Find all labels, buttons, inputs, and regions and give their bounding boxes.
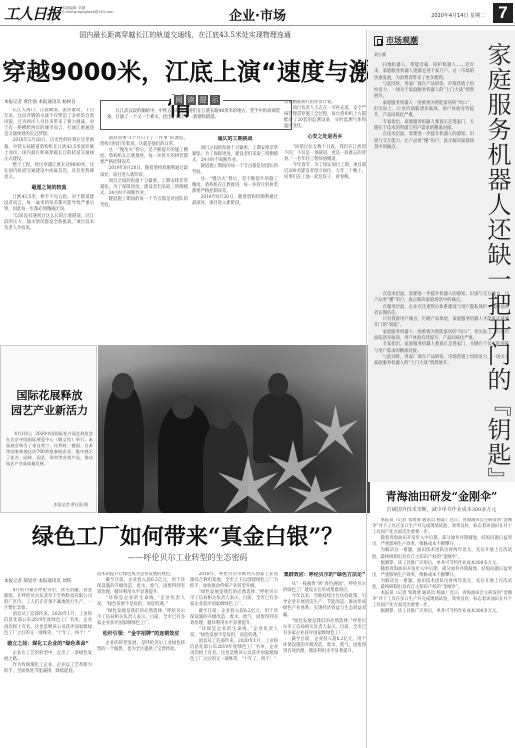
paragraph: 据测算，该工具推广应用后，单井可节约作业成本300多万元。 xyxy=(372,561,512,567)
plant-shape xyxy=(313,405,358,455)
paragraph: 项目之间的衔接十分紧密，工期安排非常紧张。为了保障进度，建设者们采取三班倒模式，… xyxy=(192,146,278,164)
commentary-body-wide: 在技术层面，需要进一步提升机器人的感知、识别与交互能力，让产品更“懂”用户，真正… xyxy=(374,292,509,368)
person-shape xyxy=(104,385,144,513)
market-commentary-sidebar: 市场观潮 刘小燕 扫地机器人、智能音箱、陪护机器人……近年来，家庭服务机器人逐渐… xyxy=(368,30,515,482)
paragraph: 在技术层面，需要进一步提升机器人的感知、识别与交互能力，让产品更“懂”用户，真正… xyxy=(374,132,474,151)
green-byline: 本报记者 郝思亭 本报通讯员 刘铁 xyxy=(4,578,71,584)
green-column-2: 技术的提升让绿色成为企业发展的底色。 截至目前，企业投入超6.2亿元，用于环保设… xyxy=(97,572,185,748)
paragraph: 项目负责人王志在一旁补充道，安全严格管理贯穿施工全过程，每台盾构机上方都配备了2… xyxy=(284,106,366,130)
tip-char: 示 xyxy=(210,95,220,105)
lead-column-4: 以便精准执行的作业计划。 项目负责人王志在一旁补充道，安全严格管理贯穿施工全过程… xyxy=(284,100,366,342)
paragraph: 只有找准用户痛点，打磨产品体验，家庭服务机器人才能真正拿到开门的“钥匙”。 xyxy=(374,317,509,330)
green-column-1: 4月的内蒙古呼伦贝尔，冰雪消融，春意渐浓。在呼伦贝尔东北阜丰生物科技有限公司的厂… xyxy=(4,588,92,748)
lead-subheadline: 国内最长距离穿越长江的轨道交通线，在江底43.5米处实现物理连通 xyxy=(0,30,370,40)
subsection-heading: 破立之间：煤化工企业的“绿色革命” xyxy=(4,641,92,647)
lead-column-2: 面对同事“3个月只干了一件事”的调侃，盾构司机们笑着说，这就是他们的日常。 这一… xyxy=(100,136,188,342)
reading-tip-box: 阅 读 提 示 长江武汉段的幽暗中，中铁五局的建设者们在江底长眠40余米的地方，… xyxy=(100,100,292,130)
paragraph: 今年春节，为了保证项目工期，项目部近200名建设者留守岗位，大年三十晚上，同事们… xyxy=(284,163,366,181)
paragraph: 江底43.5米，伸手不见五指。对于隧道建设者而言，每一毫米的误差都可能导致严重后… xyxy=(4,195,94,213)
green-factory-headline[interactable]: 绿色工厂如何带来“真金白银”？ xyxy=(0,520,375,551)
paragraph: 消息从工信部传来。2020年1月，工业和信息化部公布2019年度绿色工厂名单，企… xyxy=(4,612,92,636)
paragraph: 家庭服务机器人一度被视为智能家居的“风口”，但实际上，行业仍面临诸多瓶颈，用户体… xyxy=(374,330,509,343)
green-column-3: 2018年，呼伦贝尔市被列入国家工业资源综合利用基地，全市上下以创建绿色工厂为抓… xyxy=(190,572,278,748)
green-column-4: 集群效应：呼伦贝尔的“绿色方法论” 从“一枝独秀”到“春色满园”，呼伦贝尔的绿色… xyxy=(283,572,366,748)
paragraph: 随着青海油田开发步入中后期，部分油井井筒腐蚀、结垢问题日益突出，严重影响生产效率… xyxy=(372,536,512,548)
paragraph: 为解决这一难题，油田技术团队历时两年攻关，先后开展上百次试验，最终研制出具有自主… xyxy=(372,579,512,591)
person-head xyxy=(212,407,232,429)
paragraph: 截至目前，企业投入超6.2亿元，用于环保设施的升级改造，废水、废气、固废得到有效… xyxy=(97,578,185,596)
paragraph: 截至目前，企业投入超6.2亿元，用于环保设施的升级改造，废水、废气、固废得到有效… xyxy=(283,637,366,655)
paragraph: 2018年，呼伦贝尔市被列入国家工业资源综合利用基地，全市上下以创建绿色工厂为抓… xyxy=(190,572,278,590)
flower-expo-text: 4月10日，2020中国国际花卉园艺展览会在北京中国国际展览中心（顺义馆）举行。… xyxy=(6,431,93,467)
subsection-heading: 松杆引领：“金字招牌”的连锁效应 xyxy=(97,631,185,637)
commentary-title[interactable]: 家庭服务机器人还缺一把开门的『钥匙』 xyxy=(478,42,510,482)
paragraph: “以前没有遇到过这么长的江底隧道，过江段的压力、涌水情况都是全新挑战。”项目技术… xyxy=(4,214,94,232)
paragraph: 专家指出，家庭服务机器人要真正走进家门，关键在于技术的突破与用户需求的精准对接。 xyxy=(374,120,474,133)
column-name[interactable]: 市场观潮 xyxy=(386,35,418,46)
paragraph: 这一“慢功夫”背后，是不断提升的施工精度。盾构机在江底推进，每一环管片的拼装都要… xyxy=(192,177,278,195)
paragraph: “环保是企业的生命线，”企业负责人说，“绿色发展不是负担，而是机遇。” xyxy=(190,627,278,639)
oilfield-subheadline: 打破国外技术垄断，减少单井作业成本300多万元 xyxy=(368,506,515,513)
subsection-heading: 毫厘之间的较真 xyxy=(4,185,94,191)
paragraph: 隧道施工期间的每一个节点都是对团队的考验。 xyxy=(100,197,188,209)
paragraph: 项目之间的衔接十分紧密，工期安排非常紧张。为了保障进度，建设者们采取三班倒模式，… xyxy=(100,179,188,197)
paragraph: 2018年2月28日，历史性的时刻在这里揭幕。中铁五局隧道盾构机在江底43.5米… xyxy=(4,138,94,162)
lead-byline: 本报记者 黄仕强 本报通讯员 杨树良 xyxy=(4,99,76,105)
paragraph: 本报讯（记者 邹倩倩 通讯员 杨波）近日，青海油田自主研发的“金刚伞”井下工具在… xyxy=(372,591,512,609)
paragraph: 消息从工信部传来。2020年1月，工业和信息化部公布2019年度绿色工厂名单，企… xyxy=(190,639,278,663)
paragraph: 企业的转型发展，是呼伦贝尔工业绿色转型的一个缩影，也为全区提供了宝贵经验。 xyxy=(97,641,185,653)
paragraph: 在服务层面，企业应注重售后体系建设与用户隐私保护，赢得消费者长期信任。 xyxy=(374,305,509,318)
paragraph: 据测算，该工具推广应用后，单井可节约作业成本300多万元。 xyxy=(372,609,512,615)
title-line: 国际花展释放 xyxy=(1,388,98,403)
commentary-author: 刘小燕 xyxy=(374,52,386,58)
paragraph: 为解决这一难题，油田技术团队历时两年攻关，先后开展上百次试验，最终研制出具有自主… xyxy=(372,548,512,560)
paragraph: 与此同时，各家厂商在产品研发、市场营销上纷纷发力，一场关于家庭服务机器人的“上门… xyxy=(374,82,474,101)
paragraph: 企业在工艺的转型中，走出了一条绿色发展之路。 xyxy=(4,651,92,663)
paragraph: 隧道施工期间的每一个节点都是对团队的考验。 xyxy=(192,164,278,176)
column-divider xyxy=(366,30,367,748)
flower-expo-title: 国际花展释放 园艺产业新活力 xyxy=(1,388,98,418)
paragraph: 截至目前，企业投入超6.2亿元，用于环保设施的升级改造，废水、废气、固废得到有效… xyxy=(190,609,278,627)
oilfield-body: 本报讯（记者 邹倩倩 通讯员 杨波）近日，青海油田自主研发的“金刚伞”井下工具在… xyxy=(372,518,512,748)
paragraph: 从“一枝独秀”到“春色满园”，呼伦贝尔的绿色工厂建设正在形成集群效应。 xyxy=(283,582,366,594)
tip-char: 阅 xyxy=(174,95,184,105)
person-head xyxy=(268,373,288,397)
paragraph: “绿色发展是我们的必然选择，”呼伦贝尔市工信局相关负责人表示。目前，全市已有多家… xyxy=(190,590,278,608)
paragraph: 2019年8月20日，随着盾构机顺利通过最深处，项目进入新阶段。 xyxy=(192,195,278,207)
paragraph: 与此同时，各家厂商在产品研发、市场营销上纷纷发力，一场关于家庭服务机器人的“上门… xyxy=(374,355,509,368)
plant-shape xyxy=(288,475,343,513)
paragraph: 在技术层面，需要进一步提升机器人的感知、识别与交互能力，让产品更“懂”用户，真正… xyxy=(374,292,509,305)
paragraph: 今年以来，当地持续出台扶持政策，引导企业开展清洁生产、节能改造，推动形成绿色产业… xyxy=(283,594,366,618)
paragraph: 这一“慢功夫”背后，是不断提升的施工精度。盾构机在江底推进，每一环管片的拼装都要… xyxy=(100,148,188,166)
oilfield-headline[interactable]: 青海油田研发“金刚伞” xyxy=(368,488,515,504)
page-number: 7 xyxy=(493,3,513,23)
title-line: 园艺产业新活力 xyxy=(1,403,98,418)
paragraph: 专家指出，家庭服务机器人要真正走进家门，关键在于技术的突破与用户需求的精准对接。 xyxy=(374,342,509,355)
reading-tip-title: 阅 读 提 示 xyxy=(171,95,223,105)
paragraph: “环保是企业的生命线，”企业负责人说，“绿色发展不是负担，而是机遇。” xyxy=(97,596,185,608)
column-header: 市场观潮 xyxy=(374,35,418,46)
paragraph: 整个工程，经历穿越江底长达9000米，这在国内轨道交通建设中尚属首次，具有里程碑… xyxy=(4,163,94,181)
issue-date: 2020年4月14日 星期二 xyxy=(431,12,485,19)
reading-tip-text: 长江武汉段的幽暗中，中铁五局的建设者们在江底长眠40余米的地方，凭手中的高端装备… xyxy=(107,109,285,121)
flower-expo-photo[interactable] xyxy=(98,345,370,513)
paragraph: 4月的内蒙古呼伦贝尔，冰雪消融，春意渐浓。在呼伦贝尔东北阜丰生物科技有限公司的厂… xyxy=(4,588,92,612)
subsection-heading: 逼仄的工期挑战 xyxy=(192,136,278,142)
paragraph: 本报讯（记者 邹倩倩 通讯员 杨波）近日，青海油田自主研发的“金刚伞”井下工具在… xyxy=(372,518,512,536)
flower-expo-box: 国际花展释放 园艺产业新活力 4月10日，2020中国国际花卉园艺展览会在北京中… xyxy=(0,345,97,513)
paragraph: 扫地机器人、智能音箱、陪护机器人……近年来，家庭服务机器人逐渐走进千家万户。这一… xyxy=(374,63,474,82)
paragraph: 随着青海油田开发步入中后期，部分油井井筒腐蚀、结垢问题日益突出，严重影响生产效率… xyxy=(372,567,512,579)
tip-char: 提 xyxy=(198,95,208,105)
paragraph: 2019年8月20日，随着盾构机顺利通过最深处，项目进入新阶段。 xyxy=(100,166,188,178)
paragraph: 家庭服务机器人一度被视为智能家居的“风口”，但实际上，行业仍面临诸多瓶颈，用户体… xyxy=(374,101,474,120)
paragraph: 作为传统煤化工企业，企业以工艺革新为抓手，全面推进节能减排，降低能耗。 xyxy=(4,663,92,675)
paragraph: “绿色发展是我们的必然选择，”呼伦贝尔市工信局相关负责人表示。目前，全市已有多家… xyxy=(97,609,185,627)
paragraph: “回望过往无数个日夜，我们在江底留下的，不仅是一条隧道，更是一段难忘的青春。”一… xyxy=(284,145,366,163)
subsection-heading: 集群效应：呼伦贝尔的“绿色方法论” xyxy=(283,572,366,578)
green-factory-subheadline: ——呼伦贝尔工业转型的生态密码 xyxy=(0,552,375,563)
paragraph: 面对同事“3个月只干了一件事”的调侃，盾构司机们笑着说，这就是他们的日常。 xyxy=(100,136,188,148)
subsection-heading: 心安之处是吾乡 xyxy=(284,134,366,140)
photo-credit: 本报记者 黄仕强 摄 xyxy=(53,502,88,508)
paragraph: “绿色发展是我们的必然选择，”呼伦贝尔市工信局相关负责人表示。目前，全市已有多家… xyxy=(283,619,366,637)
paragraph: 长江入海口，江面阔深，泥沙滚动，千百年来，这段奔腾的水流不仅塑造了多样的自然风貌… xyxy=(4,108,94,138)
lead-column-1: 长江入海口，江面阔深，泥沙滚动，千百年来，这段奔腾的水流不仅塑造了多样的自然风貌… xyxy=(4,108,94,344)
column-logo-icon xyxy=(374,36,383,46)
commentary-body: 扫地机器人、智能音箱、陪护机器人……近年来，家庭服务机器人逐渐走进千家万户。这一… xyxy=(374,63,474,151)
person-head xyxy=(112,373,134,399)
person-head xyxy=(172,395,194,419)
lead-column-3: 逼仄的工期挑战 项目之间的衔接十分紧密，工期安排非常紧张。为了保障进度，建设者们… xyxy=(192,136,278,342)
masthead: 工人日报 本版编辑: 刘静 E-mail:grbgdgfwzb@163.com … xyxy=(0,0,515,26)
tip-char: 读 xyxy=(186,95,196,105)
